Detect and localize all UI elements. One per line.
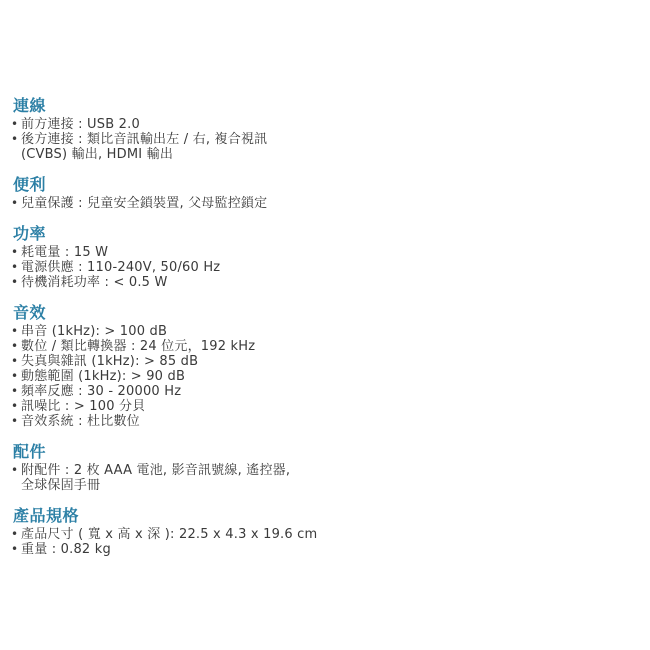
spec-item: •產品尺寸 ( 寬 x 高 x 深 ): 22.5 x 4.3 x 19.6 c… xyxy=(13,527,630,542)
section-title: 便利 xyxy=(13,176,630,194)
spec-item-text: 兒童保護 : 兒童安全鎖裝置, 父母監控鎖定 xyxy=(21,196,630,211)
spec-item-line: 前方連接 : USB 2.0 xyxy=(21,117,630,132)
bullet-marker: • xyxy=(11,354,21,369)
spec-item-line: 重量 : 0.82 kg xyxy=(21,542,630,557)
spec-item-text: 前方連接 : USB 2.0 xyxy=(21,117,630,132)
spec-item: •重量 : 0.82 kg xyxy=(13,542,630,557)
bullet-marker: • xyxy=(11,463,21,478)
spec-section: 便利•兒童保護 : 兒童安全鎖裝置, 父母監控鎖定 xyxy=(13,176,630,211)
spec-item-text: 動態範圍 (1kHz): > 90 dB xyxy=(21,369,630,384)
spec-item: •電源供應 : 110-240V, 50/60 Hz xyxy=(13,260,630,275)
spec-item: •前方連接 : USB 2.0 xyxy=(13,117,630,132)
spec-item-text: 後方連接 : 類比音訊輸出左 / 右, 複合視訊(CVBS) 輸出, HDMI … xyxy=(21,132,630,162)
spec-item: •兒童保護 : 兒童安全鎖裝置, 父母監控鎖定 xyxy=(13,196,630,211)
bullet-marker: • xyxy=(11,196,21,211)
spec-item: •失真與雜訊 (1kHz): > 85 dB xyxy=(13,354,630,369)
spec-item-line: 數位 / 類比轉換器 : 24 位元，192 kHz xyxy=(21,339,630,354)
bullet-marker: • xyxy=(11,414,21,429)
spec-item-line: 頻率反應 : 30 - 20000 Hz xyxy=(21,384,630,399)
bullet-marker: • xyxy=(11,117,21,132)
spec-item: •耗電量 : 15 W xyxy=(13,245,630,260)
spec-item-line: 兒童保護 : 兒童安全鎖裝置, 父母監控鎖定 xyxy=(21,196,630,211)
spec-item-line: 耗電量 : 15 W xyxy=(21,245,630,260)
spec-item-line: 產品尺寸 ( 寬 x 高 x 深 ): 22.5 x 4.3 x 19.6 cm xyxy=(21,527,630,542)
bullet-marker: • xyxy=(11,339,21,354)
bullet-marker: • xyxy=(11,245,21,260)
section-title: 音效 xyxy=(13,304,630,322)
bullet-marker: • xyxy=(11,275,21,290)
spec-item-text: 訊噪比 : > 100 分貝 xyxy=(21,399,630,414)
spec-item-text: 耗電量 : 15 W xyxy=(21,245,630,260)
spec-page: 連線•前方連接 : USB 2.0•後方連接 : 類比音訊輸出左 / 右, 複合… xyxy=(0,0,650,650)
spec-item-text: 數位 / 類比轉換器 : 24 位元，192 kHz xyxy=(21,339,630,354)
spec-section: 配件•附配件 : 2 枚 AAA 電池, 影音訊號線, 遙控器,全球保固手冊 xyxy=(13,443,630,493)
spec-item-line: 訊噪比 : > 100 分貝 xyxy=(21,399,630,414)
spec-item-line: 後方連接 : 類比音訊輸出左 / 右, 複合視訊 xyxy=(21,132,630,147)
spec-item-text: 音效系統 : 杜比數位 xyxy=(21,414,630,429)
spec-item-line: 待機消耗功率 : < 0.5 W xyxy=(21,275,630,290)
bullet-marker: • xyxy=(11,399,21,414)
spec-item: •待機消耗功率 : < 0.5 W xyxy=(13,275,630,290)
spec-item: •頻率反應 : 30 - 20000 Hz xyxy=(13,384,630,399)
section-title: 功率 xyxy=(13,225,630,243)
spec-item-text: 串音 (1kHz): > 100 dB xyxy=(21,324,630,339)
spec-item-line: 附配件 : 2 枚 AAA 電池, 影音訊號線, 遙控器, xyxy=(21,463,630,478)
bullet-marker: • xyxy=(11,260,21,275)
bullet-marker: • xyxy=(11,369,21,384)
spec-item: •動態範圍 (1kHz): > 90 dB xyxy=(13,369,630,384)
spec-item-text: 待機消耗功率 : < 0.5 W xyxy=(21,275,630,290)
spec-item-text: 附配件 : 2 枚 AAA 電池, 影音訊號線, 遙控器,全球保固手冊 xyxy=(21,463,630,493)
spec-item-line: 全球保固手冊 xyxy=(21,478,630,493)
spec-section: 連線•前方連接 : USB 2.0•後方連接 : 類比音訊輸出左 / 右, 複合… xyxy=(13,97,630,162)
spec-item-line: 串音 (1kHz): > 100 dB xyxy=(21,324,630,339)
spec-item-text: 電源供應 : 110-240V, 50/60 Hz xyxy=(21,260,630,275)
spec-item: •串音 (1kHz): > 100 dB xyxy=(13,324,630,339)
spec-item-text: 重量 : 0.82 kg xyxy=(21,542,630,557)
spec-item: •數位 / 類比轉換器 : 24 位元，192 kHz xyxy=(13,339,630,354)
bullet-marker: • xyxy=(11,527,21,542)
spec-item-text: 頻率反應 : 30 - 20000 Hz xyxy=(21,384,630,399)
spec-sections: 連線•前方連接 : USB 2.0•後方連接 : 類比音訊輸出左 / 右, 複合… xyxy=(13,97,630,557)
spec-item-line: 動態範圍 (1kHz): > 90 dB xyxy=(21,369,630,384)
spec-item: •附配件 : 2 枚 AAA 電池, 影音訊號線, 遙控器,全球保固手冊 xyxy=(13,463,630,493)
bullet-marker: • xyxy=(11,384,21,399)
spec-item-line: 電源供應 : 110-240V, 50/60 Hz xyxy=(21,260,630,275)
spec-item: •後方連接 : 類比音訊輸出左 / 右, 複合視訊(CVBS) 輸出, HDMI… xyxy=(13,132,630,162)
section-title: 產品規格 xyxy=(13,507,630,525)
bullet-marker: • xyxy=(11,132,21,147)
spec-item: •音效系統 : 杜比數位 xyxy=(13,414,630,429)
spec-item-text: 失真與雜訊 (1kHz): > 85 dB xyxy=(21,354,630,369)
section-title: 配件 xyxy=(13,443,630,461)
spec-section: 音效•串音 (1kHz): > 100 dB•數位 / 類比轉換器 : 24 位… xyxy=(13,304,630,429)
spec-item-line: (CVBS) 輸出, HDMI 輸出 xyxy=(21,147,630,162)
spec-item: •訊噪比 : > 100 分貝 xyxy=(13,399,630,414)
spec-item-line: 音效系統 : 杜比數位 xyxy=(21,414,630,429)
section-title: 連線 xyxy=(13,97,630,115)
spec-item-text: 產品尺寸 ( 寬 x 高 x 深 ): 22.5 x 4.3 x 19.6 cm xyxy=(21,527,630,542)
spec-section: 產品規格•產品尺寸 ( 寬 x 高 x 深 ): 22.5 x 4.3 x 19… xyxy=(13,507,630,557)
spec-section: 功率•耗電量 : 15 W•電源供應 : 110-240V, 50/60 Hz•… xyxy=(13,225,630,290)
spec-item-line: 失真與雜訊 (1kHz): > 85 dB xyxy=(21,354,630,369)
bullet-marker: • xyxy=(11,542,21,557)
bullet-marker: • xyxy=(11,324,21,339)
